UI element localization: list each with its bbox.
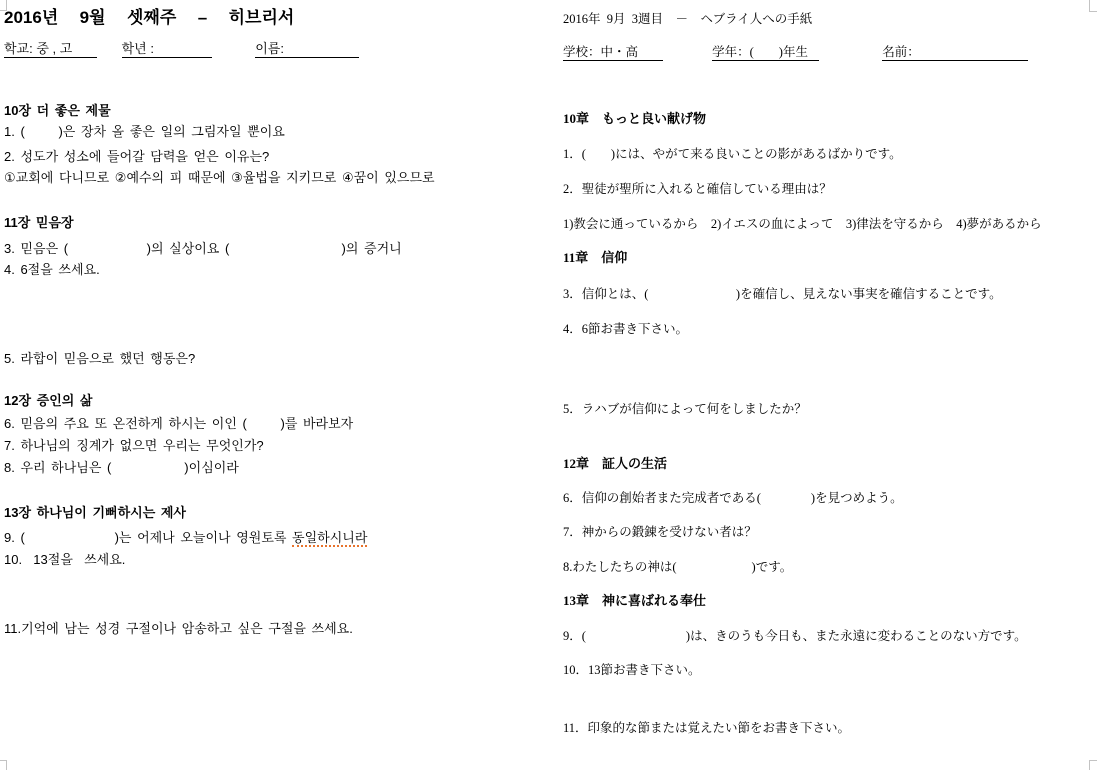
japanese-column: 2016年 9月 3週目 － ヘブライ人への手紙 学校：中・高 学年：( )年生… [563, 8, 1093, 739]
answer-options-line: ①교회에 다니므로 ②예수의 피 때문에 ③율법을 지키므로 ④꿈이 있으므로 [4, 167, 516, 188]
question-line: 4. 6절을 쓰세요. [4, 259, 516, 280]
question-line: 3. 믿음은 ( )의 실상이요 ( )의 증거니 [4, 238, 516, 259]
korean-column: 2016년 9월 셋째주 – 히브리서 학교: 중 , 고 학년 : 이름: 1… [4, 6, 516, 639]
question-line: 8. 우리 하나님은 ( )이심이라 [4, 457, 516, 478]
school-field-korean: 학교: 중 , 고 [4, 38, 97, 58]
spellcheck-flagged-word: 동일하시니라 [292, 530, 367, 547]
section-heading-ch13-japanese: 13章 神に喜ばれる奉仕 [563, 590, 1093, 612]
question-line: 1．( )には、やがて来る良いことの影があるばかりです。 [563, 143, 1093, 165]
school-field-japanese: 学校：中・高 [563, 42, 663, 61]
question-line: 5. 라합이 믿음으로 했던 행동은? [4, 348, 516, 369]
question-line: 4．6節お書き下さい。 [563, 318, 1093, 340]
header-fields-japanese: 学校：中・高 学年：( )年生 名前： [563, 42, 1093, 60]
question-line: 11.기억에 남는 성경 구절이나 암송하고 싶은 구절을 쓰세요. [4, 618, 516, 639]
section-heading-ch10-japanese: 10章 もっと良い献げ物 [563, 108, 1093, 130]
crop-mark-bottom-right [1089, 760, 1097, 770]
section-heading-ch10-korean: 10장 더 좋은 제물 [4, 100, 516, 121]
question-line: 6. 믿음의 주요 또 온전하게 하시는 이인 ( )를 바라보자 [4, 413, 516, 434]
question-line: 6．信仰の創始者また完成者である( )を見つめよう。 [563, 487, 1093, 509]
name-field-korean: 이름: [255, 38, 359, 58]
section-heading-ch12-japanese: 12章 証人の生活 [563, 453, 1093, 475]
question-line: 11．印象的な節または覚えたい節をお書き下さい。 [563, 717, 1093, 739]
question-line: 3．信仰とは、( )を確信し、見えない事実を確信することです。 [563, 283, 1093, 305]
answer-options-line: 1)教会に通っているから 2)イエスの血によって 3)律法を守るから 4)夢があ… [563, 213, 1093, 235]
document-page: 2016년 9월 셋째주 – 히브리서 학교: 중 , 고 학년 : 이름: 1… [0, 0, 1097, 770]
section-heading-ch13-korean: 13장 하나님이 기뻐하시는 제사 [4, 502, 516, 523]
question-line: 1. ( )은 장차 올 좋은 일의 그림자일 뿐이요 [4, 121, 516, 142]
question-line: 2. 성도가 성소에 들어갈 담력을 얻은 이유는? [4, 146, 516, 167]
question-line: 2．聖徒が聖所に入れると確信している理由は？ [563, 178, 1093, 200]
question-line: 7. 하나님의 징계가 없으면 우리는 무엇인가? [4, 435, 516, 456]
section-heading-ch11-korean: 11장 믿음장 [4, 212, 516, 233]
header-fields-korean: 학교: 중 , 고 학년 : 이름: [4, 38, 516, 56]
doc-title-japanese: 2016年 9月 3週目 － ヘブライ人への手紙 [563, 8, 1093, 30]
grade-field-japanese: 学年：( )年生 [712, 42, 819, 61]
grade-field-korean: 학년 : [122, 38, 212, 58]
crop-mark-bottom-left [0, 760, 7, 770]
question-line: 9．( )は、きのうも今日も、また永遠に変わることのない方です。 [563, 625, 1093, 647]
question-line: 9. ( )는 어제나 오늘이나 영원토록 동일하시니라 [4, 527, 516, 548]
question-line: 7．神からの鍛錬を受けない者は？ [563, 521, 1093, 543]
doc-title-korean: 2016년 9월 셋째주 – 히브리서 [4, 6, 516, 30]
question-line: 10. 13절을 쓰세요. [4, 549, 516, 570]
question-line: 5．ラハブが信仰によって何をしましたか？ [563, 398, 1093, 420]
question-line: 8.わたしたちの神は( )です。 [563, 556, 1093, 578]
section-heading-ch11-japanese: 11章 信仰 [563, 247, 1093, 269]
question-text: 9. ( )는 어제나 오늘이나 영원토록 [4, 530, 292, 545]
question-line: 10．13節お書き下さい。 [563, 659, 1093, 681]
section-heading-ch12-korean: 12장 증인의 삶 [4, 390, 516, 411]
name-field-japanese: 名前： [882, 42, 1028, 61]
